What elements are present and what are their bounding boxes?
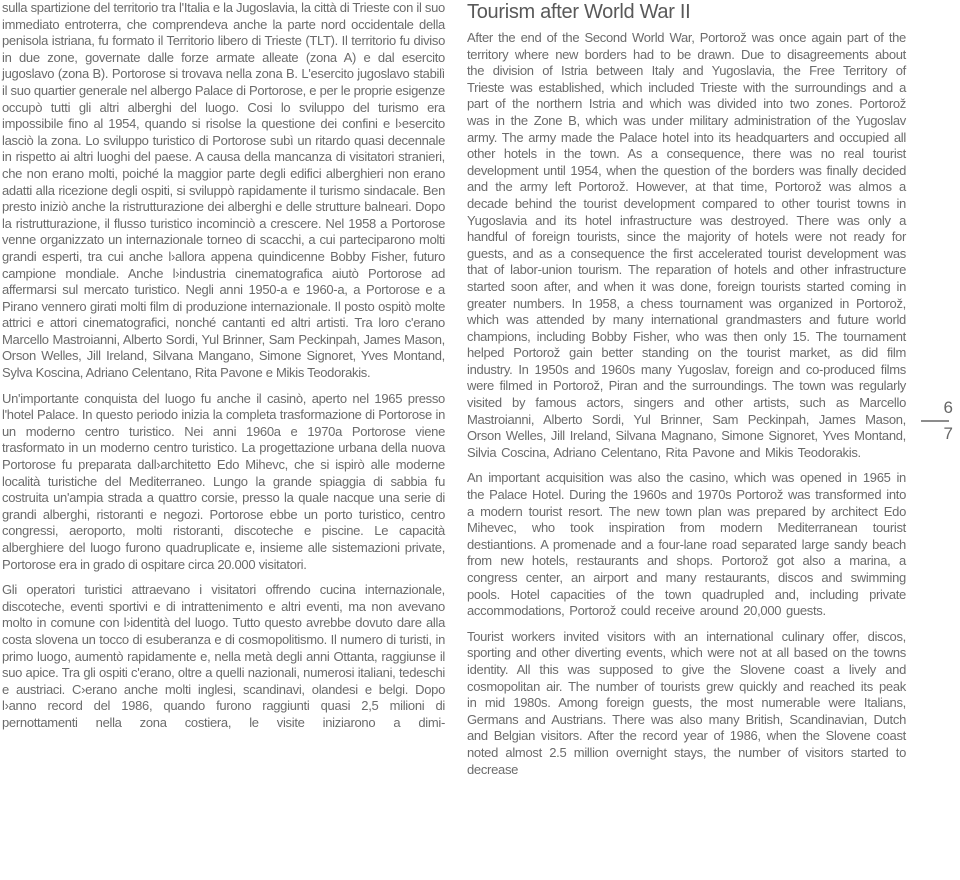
italian-text-column: sulla spartizione del territorio tra l'I… (2, 0, 445, 741)
document-page: sulla spartizione del territorio tra l'I… (0, 0, 960, 880)
italian-paragraph-1: sulla spartizione del territorio tra l'I… (2, 0, 445, 382)
english-paragraph-3: Tourist workers invited visitors with an… (467, 629, 906, 778)
italian-paragraph-2: Un'importante conquista del luogo fu anc… (2, 391, 445, 574)
page-number-divider (921, 420, 949, 422)
page-number-top: 6 (921, 398, 954, 418)
english-text-column: Tourism after World War II After the end… (467, 0, 906, 787)
section-heading: Tourism after World War II (467, 0, 906, 24)
page-number-bottom: 7 (921, 424, 954, 444)
page-number-block: 6 7 (921, 398, 954, 444)
italian-paragraph-3: Gli operatori turistici attraevano i vis… (2, 582, 445, 731)
english-paragraph-2: An important acquisition was also the ca… (467, 470, 906, 619)
english-paragraph-1: After the end of the Second World War, P… (467, 30, 906, 461)
